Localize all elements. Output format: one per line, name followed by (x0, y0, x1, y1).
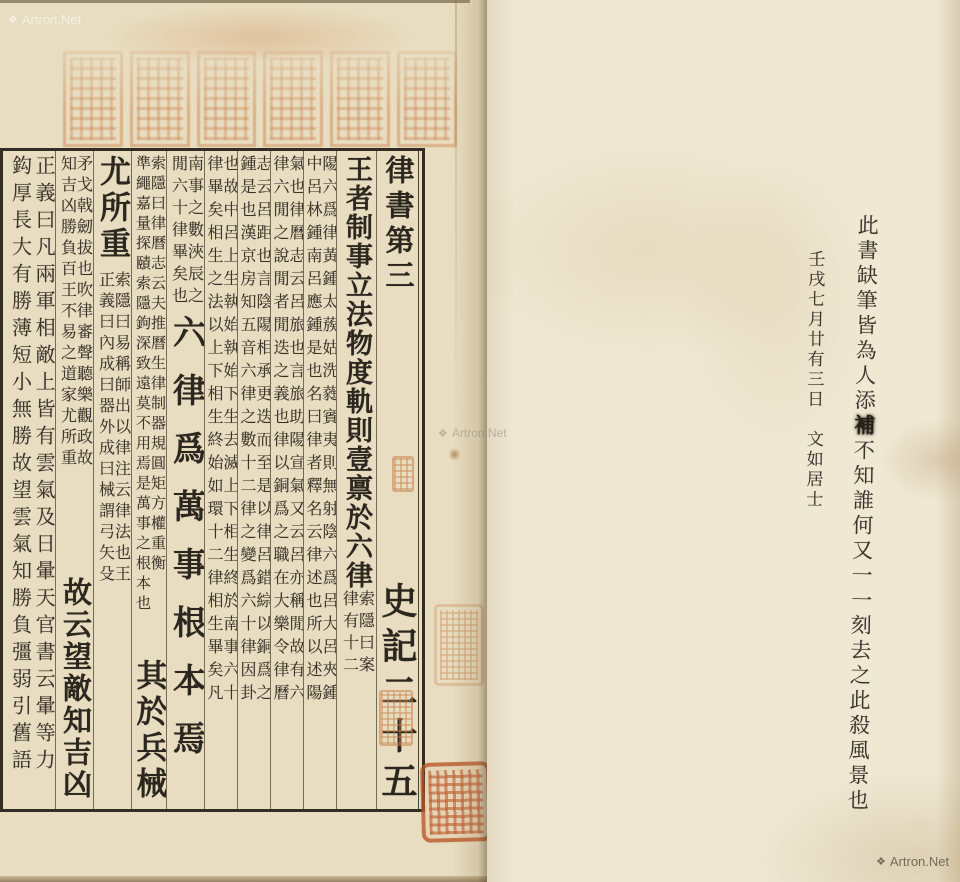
seal-script-cell (397, 51, 457, 147)
right-page: 此書缺筆皆為人添補不知誰何又一一刻去之此殺風景也 壬戌七月廿有三日 文如居士 (487, 0, 960, 882)
main-text-column-1: 王者制事立法物度軌則壹禀於六律 索隱曰案 律有十二 (337, 151, 377, 809)
main-text-column-4: 尤所重 索隱曰易稱師出以律注云律法也王 正義曰內成曰器外成曰械謂弓矢殳 (94, 151, 132, 809)
commentary-left: 律六閒之說閒者閒迭之義也律以銅爲之職在大樂令律曆 (271, 155, 287, 707)
commentary-pair: 陽六爲律黃鍾太蔟姑洗蕤賓夷則無射陰六爲呂大呂夾鍾 中呂林鍾南呂應鍾是也名曰律者釋… (304, 155, 336, 707)
inscription-text-pre: 此書缺筆皆為人添 (852, 214, 879, 414)
main-text-column-2: 南事之數浹辰之 閒六十律畢矣也 六律爲萬事根本焉 (167, 151, 205, 809)
main-text: 六律爲萬事根本焉 (169, 315, 202, 779)
large-collector-seal (58, 46, 462, 152)
commentary-pair: 氣也律曆志云呂旅也言旅助陽宣氣又云呂亦稱閒故有六 律六閒之說閒者閒迭之義也律以銅… (271, 155, 303, 707)
commentary-right: 陽六爲律黃鍾太蔟姑洗蕤賓夷則無射陰六爲呂大呂夾鍾 (320, 155, 336, 707)
small-vermilion-seal (392, 456, 414, 492)
commentary-left: 律畢矣相生之法以上下相生終始如環十二律相生畢矣凡 (205, 155, 221, 707)
commentary-left: 中呂林鍾南呂應鍾是也名曰律者釋名云律述也所以述陽 (304, 155, 320, 707)
small-vermilion-seal (379, 690, 413, 746)
commentary-pair: 索隱曰律曆志云夫推曆生律制器規圓矩方權重衡 準繩嘉量探賾索隱鉤深致遠莫不用焉是萬… (134, 155, 164, 615)
commentary-right: 志云呂距也言陰陽相承更迭而至是以律呂錯綜以銅爲之 (254, 155, 270, 707)
commentary-left: 準繩嘉量探賾索隱鉤深致遠莫不用焉是萬事之根本也 (134, 155, 149, 615)
commentary-right: 南事之數浹辰之 (186, 155, 202, 309)
commentary-column-4: 也故中呂上生執始執始下生去滅上下相生終於南事六十 律畢矣相生之法以上下相生終始如… (205, 151, 238, 809)
inscription-main-column: 此書缺筆皆為人添補不知誰何又一一刻去之此殺風景也 (844, 214, 881, 814)
commentary-left: 知吉凶勝負百王不易之道家尤所重 (59, 155, 75, 470)
main-text: 尤所重 (97, 155, 128, 263)
handwritten-inscription: 此書缺筆皆為人添補不知誰何又一一刻去之此殺風景也 壬戌七月廿有三日 文如居士 (787, 0, 957, 882)
commentary-left: 鍾是也漢京房知五音六律之數十二律之變爲六十律因卦 (238, 155, 254, 707)
commentary-right: 矛戈戟劒拔也吹律審聲聽樂觀政故 (75, 155, 91, 470)
commentary-right: 也故中呂上生執始執始下生去滅上下相生終於南事六十 (221, 155, 237, 707)
commentary-pair: 南事之數浹辰之 閒六十律畢矣也 (170, 155, 202, 309)
inscription-signature-column: 壬戌七月廿有三日 文如居士 (802, 250, 825, 510)
commentary-right: 索隱曰案 (357, 590, 373, 678)
commentary-right: 正義曰凡兩軍相敵上皆有雲氣及日暈天官書云暈等力 (31, 155, 55, 776)
commentary-column-2: 氣也律曆志云呂旅也言旅助陽宣氣又云呂亦稱閒故有六 律六閒之說閒者閒迭之義也律以銅… (271, 151, 304, 809)
inscription-text-post: 不知誰何又一一刻去之此殺風景也 (845, 439, 876, 814)
main-text: 故云望敵知吉凶 (60, 577, 89, 801)
seal-script-cell (263, 51, 323, 147)
commentary-right: 氣也律曆志云呂旅也言旅助陽宣氣又云呂亦稱閒故有六 (287, 155, 303, 707)
seal-script-cell (63, 51, 123, 147)
text-columns: 律書第三 史記二十五 王者制事立法物度軌則壹禀於六律 索隱曰案 律有十二 陽六爲… (3, 151, 422, 809)
commentary-pair: 正義曰凡兩軍相敵上皆有雲氣及日暈天官書云暈等力 鈎厚長大有勝薄短小無勝故望雲氣知… (7, 155, 54, 776)
commentary-right: 索隱曰律曆志云夫推曆生律制器規圓矩方權重衡 (149, 155, 164, 615)
commentary-left: 正義曰內成曰器外成曰械謂弓矢殳 (97, 271, 113, 586)
main-text-column-5: 矛戈戟劒拔也吹律審聲聽樂觀政故 知吉凶勝負百王不易之道家尤所重 故云望敵知吉凶 (56, 151, 94, 809)
commentary-column-1: 陽六爲律黃鍾太蔟姑洗蕤賓夷則無射陰六爲呂大呂夾鍾 中呂林鍾南呂應鍾是也名曰律者釋… (304, 151, 337, 809)
paper-crease (455, 0, 457, 420)
commentary-right: 索隱曰易稱師出以律注云律法也王 (113, 271, 129, 586)
inked-correction-character: 補 (852, 414, 876, 439)
main-text: 其於兵械 (134, 659, 165, 803)
page-bottom-edge (0, 876, 487, 882)
commentary-pair: 也故中呂上生執始執始下生去滅上下相生終於南事六十 律畢矣相生之法以上下相生終始如… (205, 155, 237, 707)
printed-text-frame: 律書第三 史記二十五 王者制事立法物度軌則壹禀於六律 索隱曰案 律有十二 陽六爲… (0, 148, 425, 812)
left-page: 律書第三 史記二十五 王者制事立法物度軌則壹禀於六律 索隱曰案 律有十二 陽六爲… (0, 0, 487, 882)
foxing-spot (449, 448, 460, 461)
commentary-left: 律有十二 (341, 590, 357, 678)
main-text: 王者制事立法物度軌則壹禀於六律 (343, 155, 370, 590)
commentary-left: 閒六十律畢矣也 (170, 155, 186, 309)
page-top-edge (0, 0, 470, 3)
commentary-column-3: 志云呂距也言陰陽相承更迭而至是以律呂錯綜以銅爲之 鍾是也漢京房知五音六律之數十二… (238, 151, 271, 809)
main-text-column-3: 索隱曰律曆志云夫推曆生律制器規圓矩方權重衡 準繩嘉量探賾索隱鉤深致遠莫不用焉是萬… (132, 151, 167, 809)
chapter-title: 律書第三 (383, 155, 412, 295)
seal-script-cell (130, 51, 190, 147)
commentary-column-5: 正義曰凡兩軍相敵上皆有雲氣及日暈天官書云暈等力 鈎厚長大有勝薄短小無勝故望雲氣知… (6, 151, 56, 809)
commentary-pair: 索隱曰案 律有十二 (341, 590, 373, 678)
commentary-pair: 志云呂距也言陰陽相承更迭而至是以律呂錯綜以銅爲之 鍾是也漢京房知五音六律之數十二… (238, 155, 270, 707)
seal-script-cell (330, 51, 390, 147)
commentary-pair: 矛戈戟劒拔也吹律審聲聽樂觀政故 知吉凶勝負百王不易之道家尤所重 (59, 155, 91, 470)
commentary-pair: 索隱曰易稱師出以律注云律法也王 正義曰內成曰器外成曰械謂弓矢殳 (97, 271, 129, 586)
antique-book-photograph: 律書第三 史記二十五 王者制事立法物度軌則壹禀於六律 索隱曰案 律有十二 陽六爲… (0, 0, 960, 882)
seal-script-cell (197, 51, 257, 147)
commentary-left: 鈎厚長大有勝薄短小無勝故望雲氣知勝負彊弱引舊語 (7, 155, 31, 776)
